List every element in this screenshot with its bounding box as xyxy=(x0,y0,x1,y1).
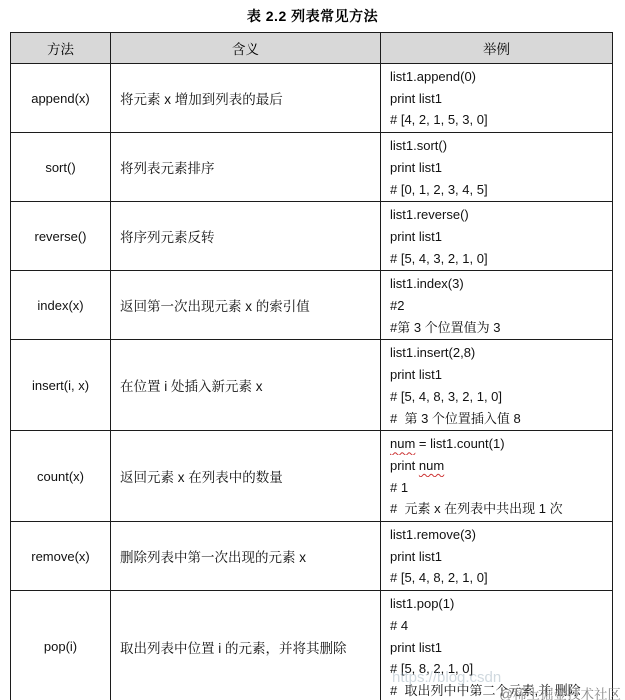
code-line: # [5, 8, 2, 1, 0] xyxy=(390,658,604,680)
table-row-sort: sort() 将列表元素排序 list1.sort() print list1 … xyxy=(11,133,613,202)
code-line: # [5, 4, 8, 2, 1, 0] xyxy=(390,567,604,589)
method-cell: sort() xyxy=(11,133,111,202)
list-methods-table: 方法 含义 举例 append(x) 将元素 x 增加到列表的最后 list1.… xyxy=(10,32,613,700)
meaning-cell: 返回元素 x 在列表中的数量 xyxy=(111,431,381,522)
meaning-cell: 将列表元素排序 xyxy=(111,133,381,202)
code-line: print list1 xyxy=(390,364,604,386)
table-row-count: count(x) 返回元素 x 在列表中的数量 num = list1.coun… xyxy=(11,431,613,522)
code-line: # 4 xyxy=(390,615,604,637)
header-meaning: 含义 xyxy=(111,33,381,64)
code-line: num = list1.count(1) xyxy=(390,433,604,455)
example-cell: list1.append(0) print list1 # [4, 2, 1, … xyxy=(381,64,613,133)
table-header-row: 方法 含义 举例 xyxy=(11,33,613,64)
table-row-remove: remove(x) 删除列表中第一次出现的元素 x list1.remove(3… xyxy=(11,522,613,591)
table-row-index: index(x) 返回第一次出现元素 x 的索引值 list1.index(3)… xyxy=(11,271,613,340)
page: 表 2.2 列表常见方法 方法 含义 举例 append(x) 将元素 x 增加… xyxy=(0,0,625,700)
page-title: 表 2.2 列表常见方法 xyxy=(0,6,625,26)
code-line: list1.append(0) xyxy=(390,66,604,88)
code-line: print num xyxy=(390,455,604,477)
code-line: print list1 xyxy=(390,226,604,248)
code-line: # 元素 x 在列表中共出现 1 次 xyxy=(390,498,604,520)
code-line: # [5, 4, 8, 3, 2, 1, 0] xyxy=(390,386,604,408)
method-cell: append(x) xyxy=(11,64,111,133)
meaning-cell: 取出列表中位置 i 的元素，并将其删除 xyxy=(111,591,381,700)
code-line: list1.insert(2,8) xyxy=(390,342,604,364)
code-line: list1.reverse() xyxy=(390,204,604,226)
example-cell: num = list1.count(1) print num # 1 # 元素 … xyxy=(381,431,613,522)
method-cell: remove(x) xyxy=(11,522,111,591)
example-cell: list1.reverse() print list1 # [5, 4, 3, … xyxy=(381,202,613,271)
method-cell: reverse() xyxy=(11,202,111,271)
code-line: list1.index(3) xyxy=(390,273,604,295)
method-cell: index(x) xyxy=(11,271,111,340)
code-line: # 第 3 个位置插入值 8 xyxy=(390,408,604,430)
code-line: # [0, 1, 2, 3, 4, 5] xyxy=(390,179,604,201)
spellcheck-underlined-word: num xyxy=(390,436,415,451)
meaning-cell: 将序列元素反转 xyxy=(111,202,381,271)
code-line: # [4, 2, 1, 5, 3, 0] xyxy=(390,109,604,131)
table-row-reverse: reverse() 将序列元素反转 list1.reverse() print … xyxy=(11,202,613,271)
code-line: #2 xyxy=(390,295,604,317)
code-line: print list1 xyxy=(390,88,604,110)
example-cell: list1.sort() print list1 # [0, 1, 2, 3, … xyxy=(381,133,613,202)
code-line: # 取出列中中第二个元素,并 删除 xyxy=(390,680,604,700)
code-text: print xyxy=(390,458,419,473)
example-cell: list1.index(3) #2 #第 3 个位置值为 3 xyxy=(381,271,613,340)
code-line: # [5, 4, 3, 2, 1, 0] xyxy=(390,248,604,270)
spellcheck-underlined-word: num xyxy=(419,458,444,473)
code-line: print list1 xyxy=(390,546,604,568)
example-cell: list1.insert(2,8) print list1 # [5, 4, 8… xyxy=(381,340,613,431)
table-row-insert: insert(i, x) 在位置 i 处插入新元素 x list1.insert… xyxy=(11,340,613,431)
example-cell: list1.pop(1) # 4 print list1 # [5, 8, 2,… xyxy=(381,591,613,700)
code-line: list1.remove(3) xyxy=(390,524,604,546)
code-line: print list1 xyxy=(390,637,604,659)
method-cell: insert(i, x) xyxy=(11,340,111,431)
code-text: = list1.count(1) xyxy=(415,436,504,451)
meaning-cell: 返回第一次出现元素 x 的索引值 xyxy=(111,271,381,340)
example-cell: list1.remove(3) print list1 # [5, 4, 8, … xyxy=(381,522,613,591)
meaning-cell: 删除列表中第一次出现的元素 x xyxy=(111,522,381,591)
table-row-pop: pop(i) 取出列表中位置 i 的元素，并将其删除 list1.pop(1) … xyxy=(11,591,613,700)
header-example: 举例 xyxy=(381,33,613,64)
code-line: # 1 xyxy=(390,477,604,499)
method-cell: pop(i) xyxy=(11,591,111,700)
code-line: list1.sort() xyxy=(390,135,604,157)
table-row-append: append(x) 将元素 x 增加到列表的最后 list1.append(0)… xyxy=(11,64,613,133)
meaning-cell: 在位置 i 处插入新元素 x xyxy=(111,340,381,431)
header-method: 方法 xyxy=(11,33,111,64)
method-cell: count(x) xyxy=(11,431,111,522)
code-line: list1.pop(1) xyxy=(390,593,604,615)
meaning-cell: 将元素 x 增加到列表的最后 xyxy=(111,64,381,133)
code-line: #第 3 个位置值为 3 xyxy=(390,317,604,339)
code-line: print list1 xyxy=(390,157,604,179)
